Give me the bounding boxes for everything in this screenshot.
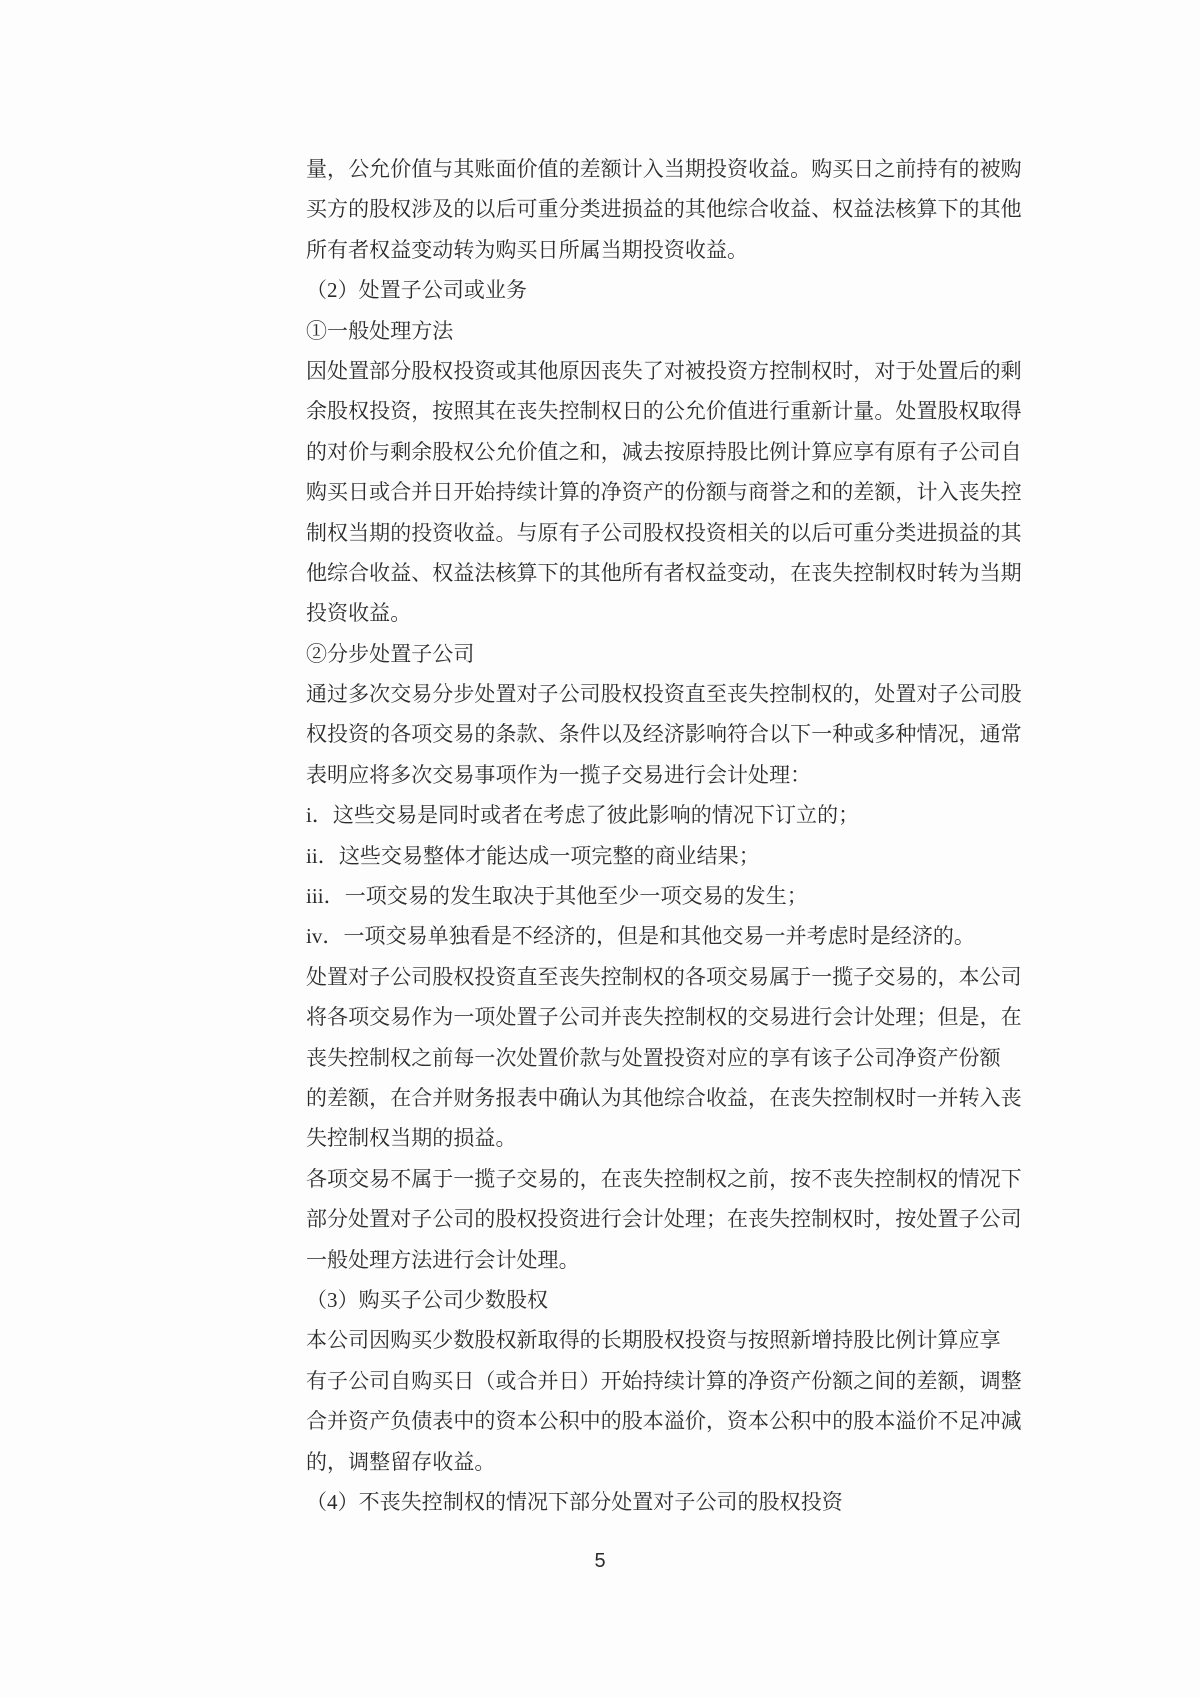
text-line: 因处置部分股权投资或其他原因丧失了对被投资方控制权时，对于处置后的剩 (306, 351, 1022, 391)
document-page: 量，公允价值与其账面价值的差额计入当期投资收益。购买日之前持有的被购买方的股权涉… (0, 0, 1200, 1697)
text-line: 买方的股权涉及的以后可重分类进损益的其他综合收益、权益法核算下的其他 (306, 189, 1022, 229)
text-line: 购买日或合并日开始持续计算的净资产的份额与商誉之和的差额，计入丧失控 (306, 472, 1022, 512)
text-line: 本公司因购买少数股权新取得的长期股权投资与按照新增持股比例计算应享 (306, 1320, 1022, 1360)
text-line: 余股权投资，按照其在丧失控制权日的公允价值进行重新计量。处置股权取得 (306, 391, 1022, 431)
text-line: 有子公司自购买日（或合并日）开始持续计算的净资产份额之间的差额，调整 (306, 1361, 1022, 1401)
text-line: 将各项交易作为一项处置子公司并丧失控制权的交易进行会计处理；但是，在 (306, 997, 1022, 1037)
text-line: ②分步处置子公司 (306, 634, 1022, 674)
text-line: 通过多次交易分步处置对子公司股权投资直至丧失控制权的，处置对子公司股 (306, 674, 1022, 714)
text-line: 的对价与剩余股权公允价值之和，减去按原持股比例计算应享有原有子公司自 (306, 432, 1022, 472)
text-line: 失控制权当期的损益。 (306, 1118, 1022, 1158)
text-line: （3）购买子公司少数股权 (306, 1280, 1022, 1320)
page-number: 5 (0, 1550, 1200, 1573)
text-line: ①一般处理方法 (306, 311, 1022, 351)
text-line: iv．一项交易单独看是不经济的，但是和其他交易一并考虑时是经济的。 (306, 916, 1022, 956)
text-line: 投资收益。 (306, 593, 1022, 633)
text-line: 制权当期的投资收益。与原有子公司股权投资相关的以后可重分类进损益的其 (306, 513, 1022, 553)
text-line: 一般处理方法进行会计处理。 (306, 1240, 1022, 1280)
text-line: 量，公允价值与其账面价值的差额计入当期投资收益。购买日之前持有的被购 (306, 149, 1022, 189)
text-line: 部分处置对子公司的股权投资进行会计处理；在丧失控制权时，按处置子公司 (306, 1199, 1022, 1239)
text-line: 权投资的各项交易的条款、条件以及经济影响符合以下一种或多种情况，通常 (306, 714, 1022, 754)
text-line: 合并资产负债表中的资本公积中的股本溢价，资本公积中的股本溢价不足冲减 (306, 1401, 1022, 1441)
text-line: 的差额，在合并财务报表中确认为其他综合收益，在丧失控制权时一并转入丧 (306, 1078, 1022, 1118)
text-line: 的，调整留存收益。 (306, 1442, 1022, 1482)
text-line: 处置对子公司股权投资直至丧失控制权的各项交易属于一揽子交易的，本公司 (306, 957, 1022, 997)
text-line: 丧失控制权之前每一次处置价款与处置投资对应的享有该子公司净资产份额 (306, 1038, 1022, 1078)
text-line: （4）不丧失控制权的情况下部分处置对子公司的股权投资 (306, 1482, 1022, 1522)
document-text-block: 量，公允价值与其账面价值的差额计入当期投资收益。购买日之前持有的被购买方的股权涉… (306, 149, 1022, 1522)
text-line: ii．这些交易整体才能达成一项完整的商业结果； (306, 836, 1022, 876)
text-line: 各项交易不属于一揽子交易的，在丧失控制权之前，按不丧失控制权的情况下 (306, 1159, 1022, 1199)
text-line: i．这些交易是同时或者在考虑了彼此影响的情况下订立的； (306, 795, 1022, 835)
text-line: 表明应将多次交易事项作为一揽子交易进行会计处理： (306, 755, 1022, 795)
text-line: （2）处置子公司或业务 (306, 270, 1022, 310)
text-line: iii．一项交易的发生取决于其他至少一项交易的发生； (306, 876, 1022, 916)
text-line: 他综合收益、权益法核算下的其他所有者权益变动，在丧失控制权时转为当期 (306, 553, 1022, 593)
text-line: 所有者权益变动转为购买日所属当期投资收益。 (306, 230, 1022, 270)
